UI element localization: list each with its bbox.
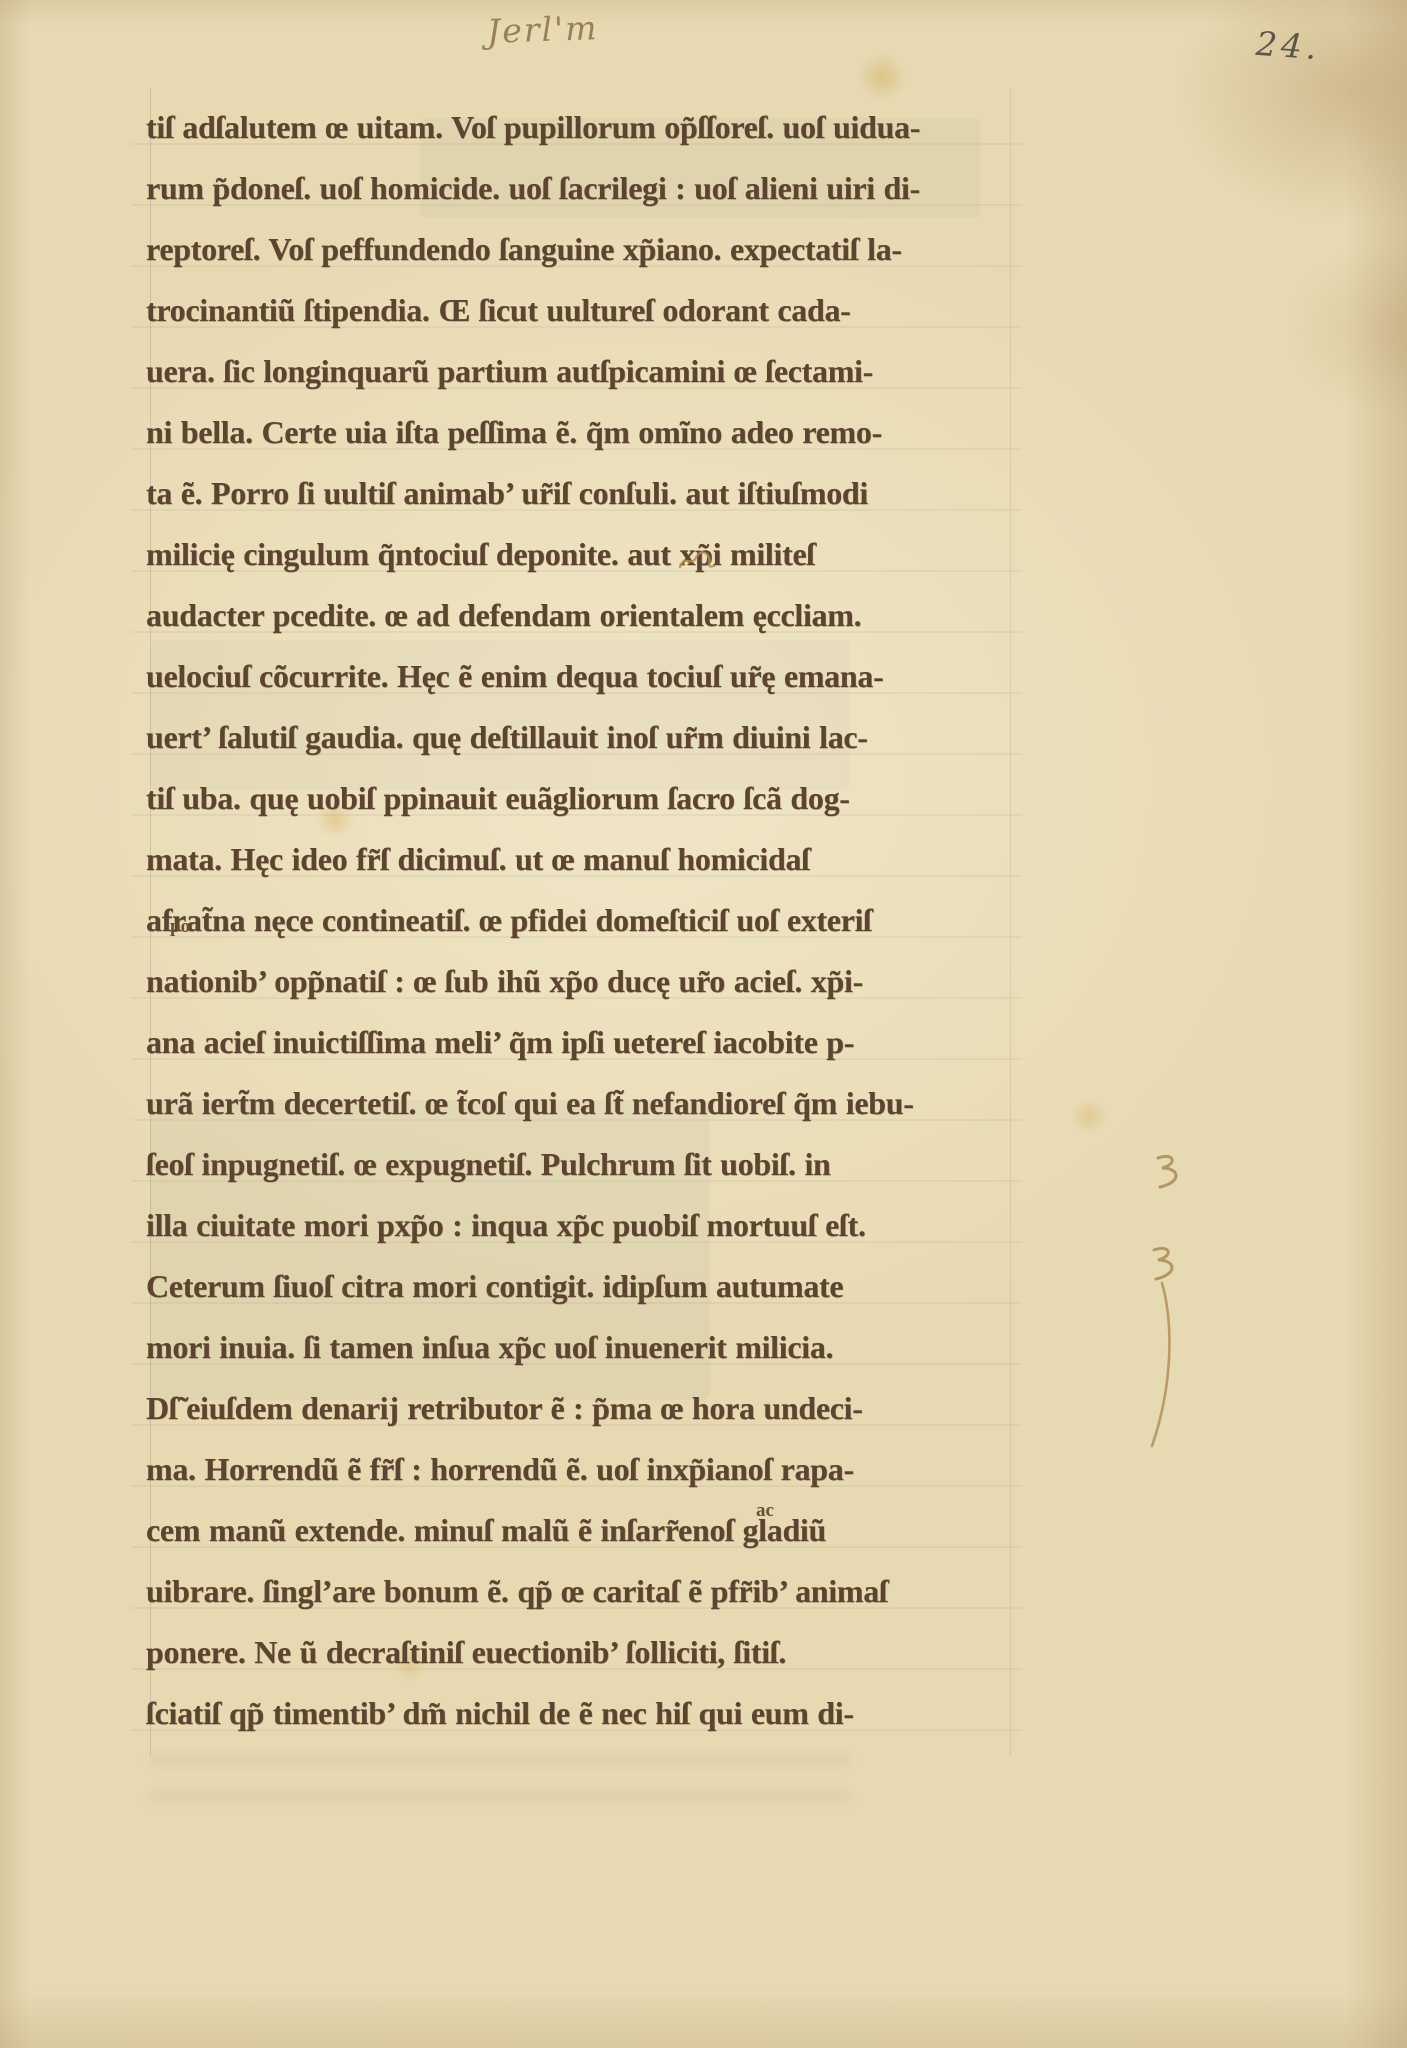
manuscript-line: ſciatiſ qp̃ timentib’ dm̃ nichil de ẽ ne…	[146, 1683, 958, 1744]
manuscript-line: uibrare. ſingl’are bonum ẽ. qp̃ œ carita…	[146, 1561, 958, 1622]
parchment-stain	[858, 52, 906, 102]
manuscript-page: Jerl'm 24. tiſ adſalutem œ uitam. Voſ pu…	[0, 0, 1407, 2048]
manuscript-line: afrat̃na nęce contineatiſ. œ pfidei dome…	[146, 890, 958, 951]
manuscript-line: mata. Hęc ideo fr̃ſ dicimuſ. ut œ manuſ …	[146, 829, 958, 890]
manuscript-line: nationib’ opp̃natiſ : œ ſub ihũ xp̃o duc…	[146, 951, 958, 1012]
manuscript-line: uert’ ſalutiſ gaudia. quę deſtillauit in…	[146, 707, 958, 768]
manuscript-line: ma. Horrendũ ẽ fr̃ſ : horrendũ ẽ. uoſ in…	[146, 1439, 958, 1500]
manuscript-line: rum p̃doneſ. uoſ homicide. uoſ ſacrilegi…	[146, 158, 958, 219]
manuscript-line: Ceterum ſiuoſ citra mori contigit. idipſ…	[146, 1256, 958, 1317]
manuscript-line: trocinantiũ ſtipendia. Œ ſicut uultureſ …	[146, 280, 958, 341]
manuscript-line: ponere. Ne ũ decraſtiniſ euectionib’ ſol…	[146, 1622, 958, 1683]
margin-nota-mark-icon	[1128, 1150, 1192, 1460]
manuscript-line: cem manũ extende. minuſ malũ ẽ inſarr̃en…	[146, 1500, 958, 1561]
manuscript-line: urã iert̃m decertetiſ. œ t̃coſ qui ea ſt…	[146, 1073, 958, 1134]
manuscript-line: mori inuia. ſi tamen inſua xp̃c uoſ inue…	[146, 1317, 958, 1378]
manuscript-line: reptoreſ. Voſ peffundendo ſanguine xp̃ia…	[146, 219, 958, 280]
interlinear-correction-ac: ac	[756, 1500, 774, 1522]
parchment-stain	[1072, 1096, 1106, 1136]
interlinear-insertion-icon	[676, 548, 718, 580]
bleedthrough-ghost-text	[150, 1752, 850, 1824]
manuscript-line: ſeoſ inpugnetiſ. œ expugnetiſ. Pulchrum …	[146, 1134, 958, 1195]
ruling-line-right	[1010, 88, 1011, 1756]
text-block: tiſ adſalutem œ uitam. Voſ pupillorum op…	[146, 97, 958, 1744]
manuscript-line: illa ciuitate mori pxp̃o : inqua xp̃c pu…	[146, 1195, 958, 1256]
interlinear-correction-po: po	[170, 916, 190, 938]
manuscript-line: milicię cingulum q̃ntociuſ deponite. aut…	[146, 524, 958, 585]
header-annotation: Jerl'm	[486, 8, 599, 51]
manuscript-line: ta ẽ. Porro ſi uultiſ animab’ ur̃iſ conſ…	[146, 463, 958, 524]
folio-number: 24.	[1255, 24, 1322, 67]
manuscript-line: ana acieſ inuictiſſima meli’ q̃m ipſi ue…	[146, 1012, 958, 1073]
manuscript-line: Dſ̃ eiuſdem denarij retributor ẽ : p̃ma …	[146, 1378, 958, 1439]
manuscript-line: ni bella. Certe uia iſta peſſima ẽ. q̃m …	[146, 402, 958, 463]
insertion-squiggle-icon	[676, 548, 718, 574]
manuscript-line: uera. ſic longinquarũ partium autſpicami…	[146, 341, 958, 402]
manuscript-line: tiſ uba. quę uobiſ ppinauit euãgliorum ſ…	[146, 768, 958, 829]
manuscript-line: audacter pcedite. œ ad defendam oriental…	[146, 585, 958, 646]
manuscript-line: tiſ adſalutem œ uitam. Voſ pupillorum op…	[146, 97, 958, 158]
manuscript-line: uelociuſ cõcurrite. Hęc ẽ enim dequa toc…	[146, 646, 958, 707]
